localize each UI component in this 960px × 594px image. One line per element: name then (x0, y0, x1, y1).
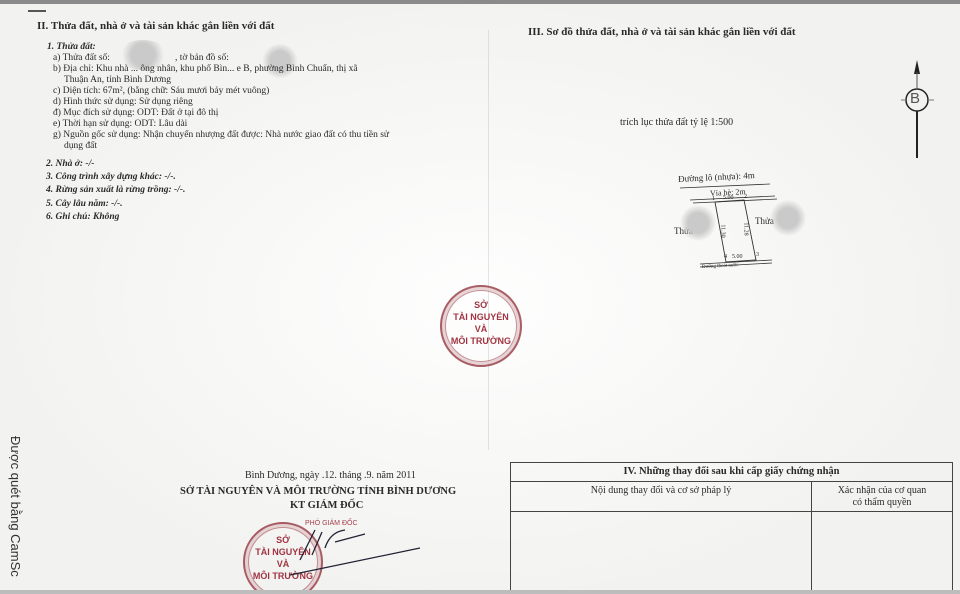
address-line-2: Thuận An, tỉnh Bình Dương (64, 75, 171, 86)
item-1-title: 1. Thửa đất: (47, 42, 96, 53)
item-2-house: 2. Nhà ở: -/- (46, 159, 94, 170)
area: c) Diện tích: 67m², (bằng chữ: Sáu mươi … (53, 86, 269, 97)
usage-origin-line-2: dụng đất (64, 141, 97, 152)
corner-2: 2 (744, 194, 747, 200)
usage-purpose: đ) Mục đích sử dụng: ODT: Đất ở tại đô t… (53, 108, 218, 119)
corner-4: 4 (724, 254, 727, 260)
changes-content-column: Nội dung thay đổi và cơ sở pháp lý (511, 482, 812, 594)
left-length: 11.30 (720, 224, 726, 237)
scanner-watermark: Được quét bằng CamSc (8, 436, 23, 577)
redaction-blur (770, 200, 806, 236)
top-edge (0, 0, 960, 4)
section-4-title: IV. Những thay đổi sau khi cấp giấy chứn… (511, 463, 952, 482)
signer-title: KT GIÁM ĐỐC (290, 500, 363, 511)
map-sheet-number: , tờ bản đồ số: (175, 53, 229, 64)
item-5-perennial: 5. Cây lâu năm: -/-. (46, 199, 123, 210)
item-4-forest: 4. Rừng sản xuất là rừng trồng: -/-. (46, 185, 185, 196)
column-header-confirmation: Xác nhận của cơ quan có thẩm quyền (812, 482, 952, 512)
address: b) Địa chỉ: Khu nhà ... ông nhân, khu ph… (53, 64, 358, 75)
signature-mark (280, 520, 430, 580)
corner-mark (28, 10, 46, 12)
parcel-number: a) Thửa đất số: (53, 53, 110, 64)
bottom-width: 5.00 (732, 254, 743, 260)
compass-icon (900, 58, 940, 158)
stamp-text: MÔI TRƯỜNG (442, 335, 520, 347)
column-header-content: Nội dung thay đổi và cơ sở pháp lý (511, 482, 811, 512)
page-fold (488, 30, 489, 450)
parcel-diagram: Đường lô (nhựa): 4m Vỉa hè: 2m 1 5.00 2 … (660, 160, 820, 280)
certificate-page: II. Thửa đất, nhà ở và tài sản khác gắn … (0, 0, 960, 594)
changes-table: IV. Những thay đổi sau khi cấp giấy chứn… (510, 462, 953, 594)
issuing-organization: SỞ TÀI NGUYÊN VÀ MÔI TRƯỜNG TỈNH BÌNH DƯ… (180, 486, 456, 497)
corner-1: 1 (712, 196, 715, 202)
item-6-note: 6. Ghi chú: Không (46, 212, 119, 223)
right-length: 11.28 (743, 222, 749, 235)
column-header-line: có thẩm quyền (812, 497, 952, 509)
official-stamp: SỞ TÀI NGUYÊN VÀ MÔI TRƯỜNG (440, 285, 522, 367)
column-header-line: Xác nhận của cơ quan (812, 485, 952, 497)
stamp-text: VÀ (442, 323, 520, 335)
usage-origin: g) Nguồn gốc sử dụng: Nhận chuyển nhượng… (53, 130, 389, 141)
item-3-construction: 3. Công trình xây dựng khác: -/-. (46, 172, 176, 183)
corner-3: 3 (756, 252, 759, 258)
north-compass: B (900, 58, 940, 158)
compass-label: B (910, 90, 920, 107)
scale-label: trích lục thửa đất tỷ lệ 1:500 (620, 117, 733, 128)
section-2-title: II. Thửa đất, nhà ở và tài sản khác gắn … (37, 20, 274, 32)
section-3-title: III. Sơ đồ thửa đất, nhà ở và tài sản kh… (528, 26, 796, 38)
top-width: 5.00 (723, 195, 734, 201)
usage-form: d) Hình thức sử dụng: Sử dụng riêng (53, 97, 193, 108)
usage-term: e) Thời hạn sử dụng: ODT: Lâu dài (53, 119, 187, 130)
bottom-edge (0, 590, 960, 594)
place-date: Bình Dương, ngày .12. tháng .9. năm 2011 (245, 470, 416, 481)
stamp-text: SỞ (442, 299, 520, 311)
stamp-text: TÀI NGUYÊN (442, 311, 520, 323)
redaction-blur (680, 205, 716, 241)
confirmation-column: Xác nhận của cơ quan có thẩm quyền (812, 482, 952, 594)
